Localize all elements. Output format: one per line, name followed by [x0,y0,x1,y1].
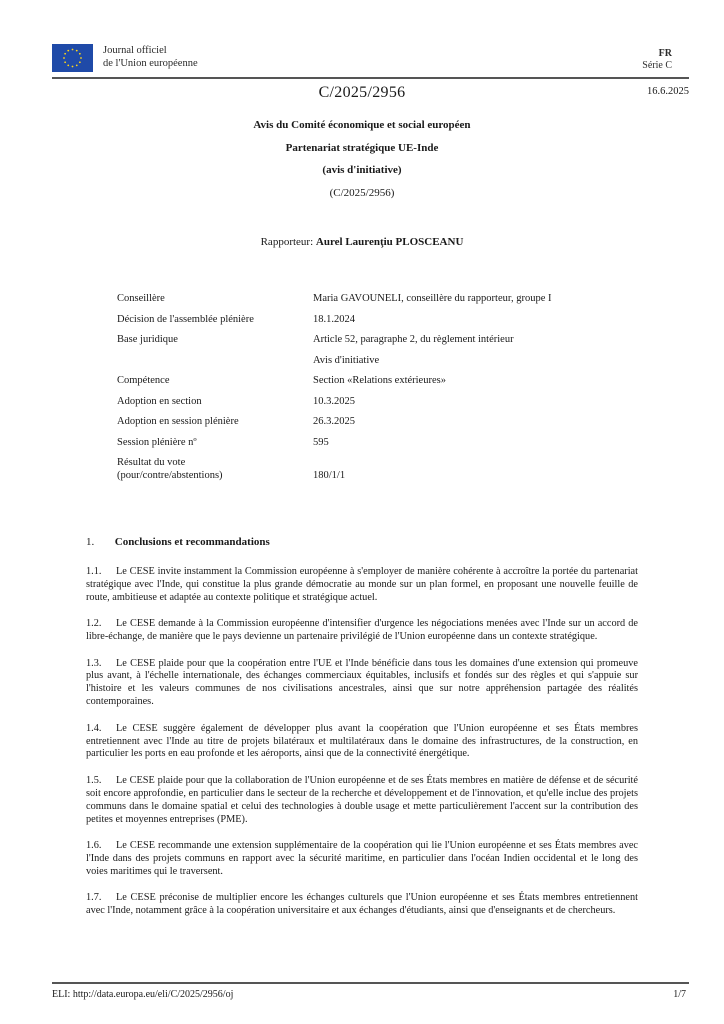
info-key: Décision de l'assemblée plénière [117,311,313,327]
paragraph: 1.7.Le CESE préconise de multiplier enco… [86,892,638,918]
paragraph-text: Le CESE plaide pour que la collaboration… [86,775,638,825]
info-key-line1: Résultat du vote [117,457,313,470]
info-value: 180/1/1 [313,454,345,482]
title-block: Avis du Comité économique et social euro… [0,114,724,204]
info-row: Adoption en session plénière 26.3.2025 [117,413,551,434]
section-title: Conclusions et recommandations [115,536,270,548]
page-number: 1/7 [673,989,686,1000]
header-rule [52,77,689,79]
rapporteur-label: Rapporteur: [261,236,314,248]
info-row: Décision de l'assemblée plénière 18.1.20… [117,311,551,332]
section-number: 1. [86,536,112,548]
paragraph-number: 1.4. [86,723,116,736]
eli-reference: ELI: http://data.europa.eu/eli/C/2025/29… [52,989,233,1000]
paragraph-text: Le CESE recommande une extension supplém… [86,840,638,877]
info-key: Conseillère [117,290,313,306]
paragraph-text: Le CESE invite instamment la Commission … [86,566,638,603]
paragraph: 1.3.Le CESE plaide pour que la coopérati… [86,658,638,710]
document-page: Journal officiel de l'Union européenne F… [0,0,724,1024]
eu-flag-icon [52,44,93,72]
paragraph: 1.4.Le CESE suggère également de dévelop… [86,723,638,762]
procedure-info-table: Conseillère Maria GAVOUNELI, conseillère… [117,290,551,482]
paragraph-list: 1.1.Le CESE invite instamment la Commiss… [86,566,638,932]
opinion-type: (avis d'initiative) [0,159,724,182]
info-key: Résultat du vote (pour/contre/abstention… [117,454,313,482]
info-row: Session plénière nº 595 [117,434,551,455]
info-row: Adoption en section 10.3.2025 [117,393,551,414]
rapporteur-line: Rapporteur: Aurel Laurenţiu PLOSCEANU [0,236,724,248]
info-row: Avis d'initiative [117,352,551,373]
opinion-title: Avis du Comité économique et social euro… [0,114,724,137]
info-key: Adoption en section [117,393,313,409]
info-value: 595 [313,434,329,450]
section-heading: 1. Conclusions et recommandations [86,536,270,548]
info-value: 10.3.2025 [313,393,355,409]
rapporteur-name: Aurel Laurenţiu PLOSCEANU [316,236,464,248]
info-value: Maria GAVOUNELI, conseillère du rapporte… [313,290,551,306]
paragraph: 1.6.Le CESE recommande une extension sup… [86,840,638,879]
publication-date: 16.6.2025 [647,86,689,97]
paragraph: 1.1.Le CESE invite instamment la Commiss… [86,566,638,605]
info-row: Base juridique Article 52, paragraphe 2,… [117,331,551,352]
info-key: Compétence [117,372,313,388]
subject-title: Partenariat stratégique UE-Inde [0,137,724,160]
series-label: Série C [642,60,672,72]
journal-title: Journal officiel de l'Union européenne [103,45,198,70]
info-key [117,352,313,355]
paragraph-text: Le CESE demande à la Commission européen… [86,618,638,642]
eli-link[interactable]: http://data.europa.eu/eli/C/2025/2956/oj [73,989,234,1000]
info-key: Session plénière nº [117,434,313,450]
paragraph-text: Le CESE préconise de multiplier encore l… [86,892,638,916]
journal-title-line2: de l'Union européenne [103,58,198,71]
info-value: Article 52, paragraphe 2, du règlement i… [313,331,514,347]
paragraph-number: 1.5. [86,775,116,788]
paragraph: 1.2.Le CESE demande à la Commission euro… [86,618,638,644]
info-key: Adoption en session plénière [117,413,313,429]
paragraph: 1.5.Le CESE plaide pour que la collabora… [86,775,638,827]
document-number: C/2025/2956 [0,84,724,102]
journal-title-line1: Journal officiel [103,45,198,58]
info-row: Conseillère Maria GAVOUNELI, conseillère… [117,290,551,311]
info-key: Base juridique [117,331,313,347]
info-value: Section «Relations extérieures» [313,372,446,388]
paragraph-number: 1.2. [86,618,116,631]
paragraph-text: Le CESE suggère également de développer … [86,723,638,760]
document-reference: (C/2025/2956) [0,182,724,205]
paragraph-number: 1.6. [86,840,116,853]
info-key-line2: (pour/contre/abstentions) [117,470,313,483]
info-value: 18.1.2024 [313,311,355,327]
paragraph-text: Le CESE plaide pour que la coopération e… [86,658,638,708]
language-code: FR [642,48,672,60]
info-value: 26.3.2025 [313,413,355,429]
info-row: Compétence Section «Relations extérieure… [117,372,551,393]
footer-rule [52,982,689,984]
info-value: Avis d'initiative [313,352,379,368]
language-series: FR Série C [642,48,672,72]
paragraph-number: 1.3. [86,658,116,671]
paragraph-number: 1.1. [86,566,116,579]
eli-label: ELI: [52,989,70,1000]
info-row: Résultat du vote (pour/contre/abstention… [117,454,551,482]
paragraph-number: 1.7. [86,892,116,905]
